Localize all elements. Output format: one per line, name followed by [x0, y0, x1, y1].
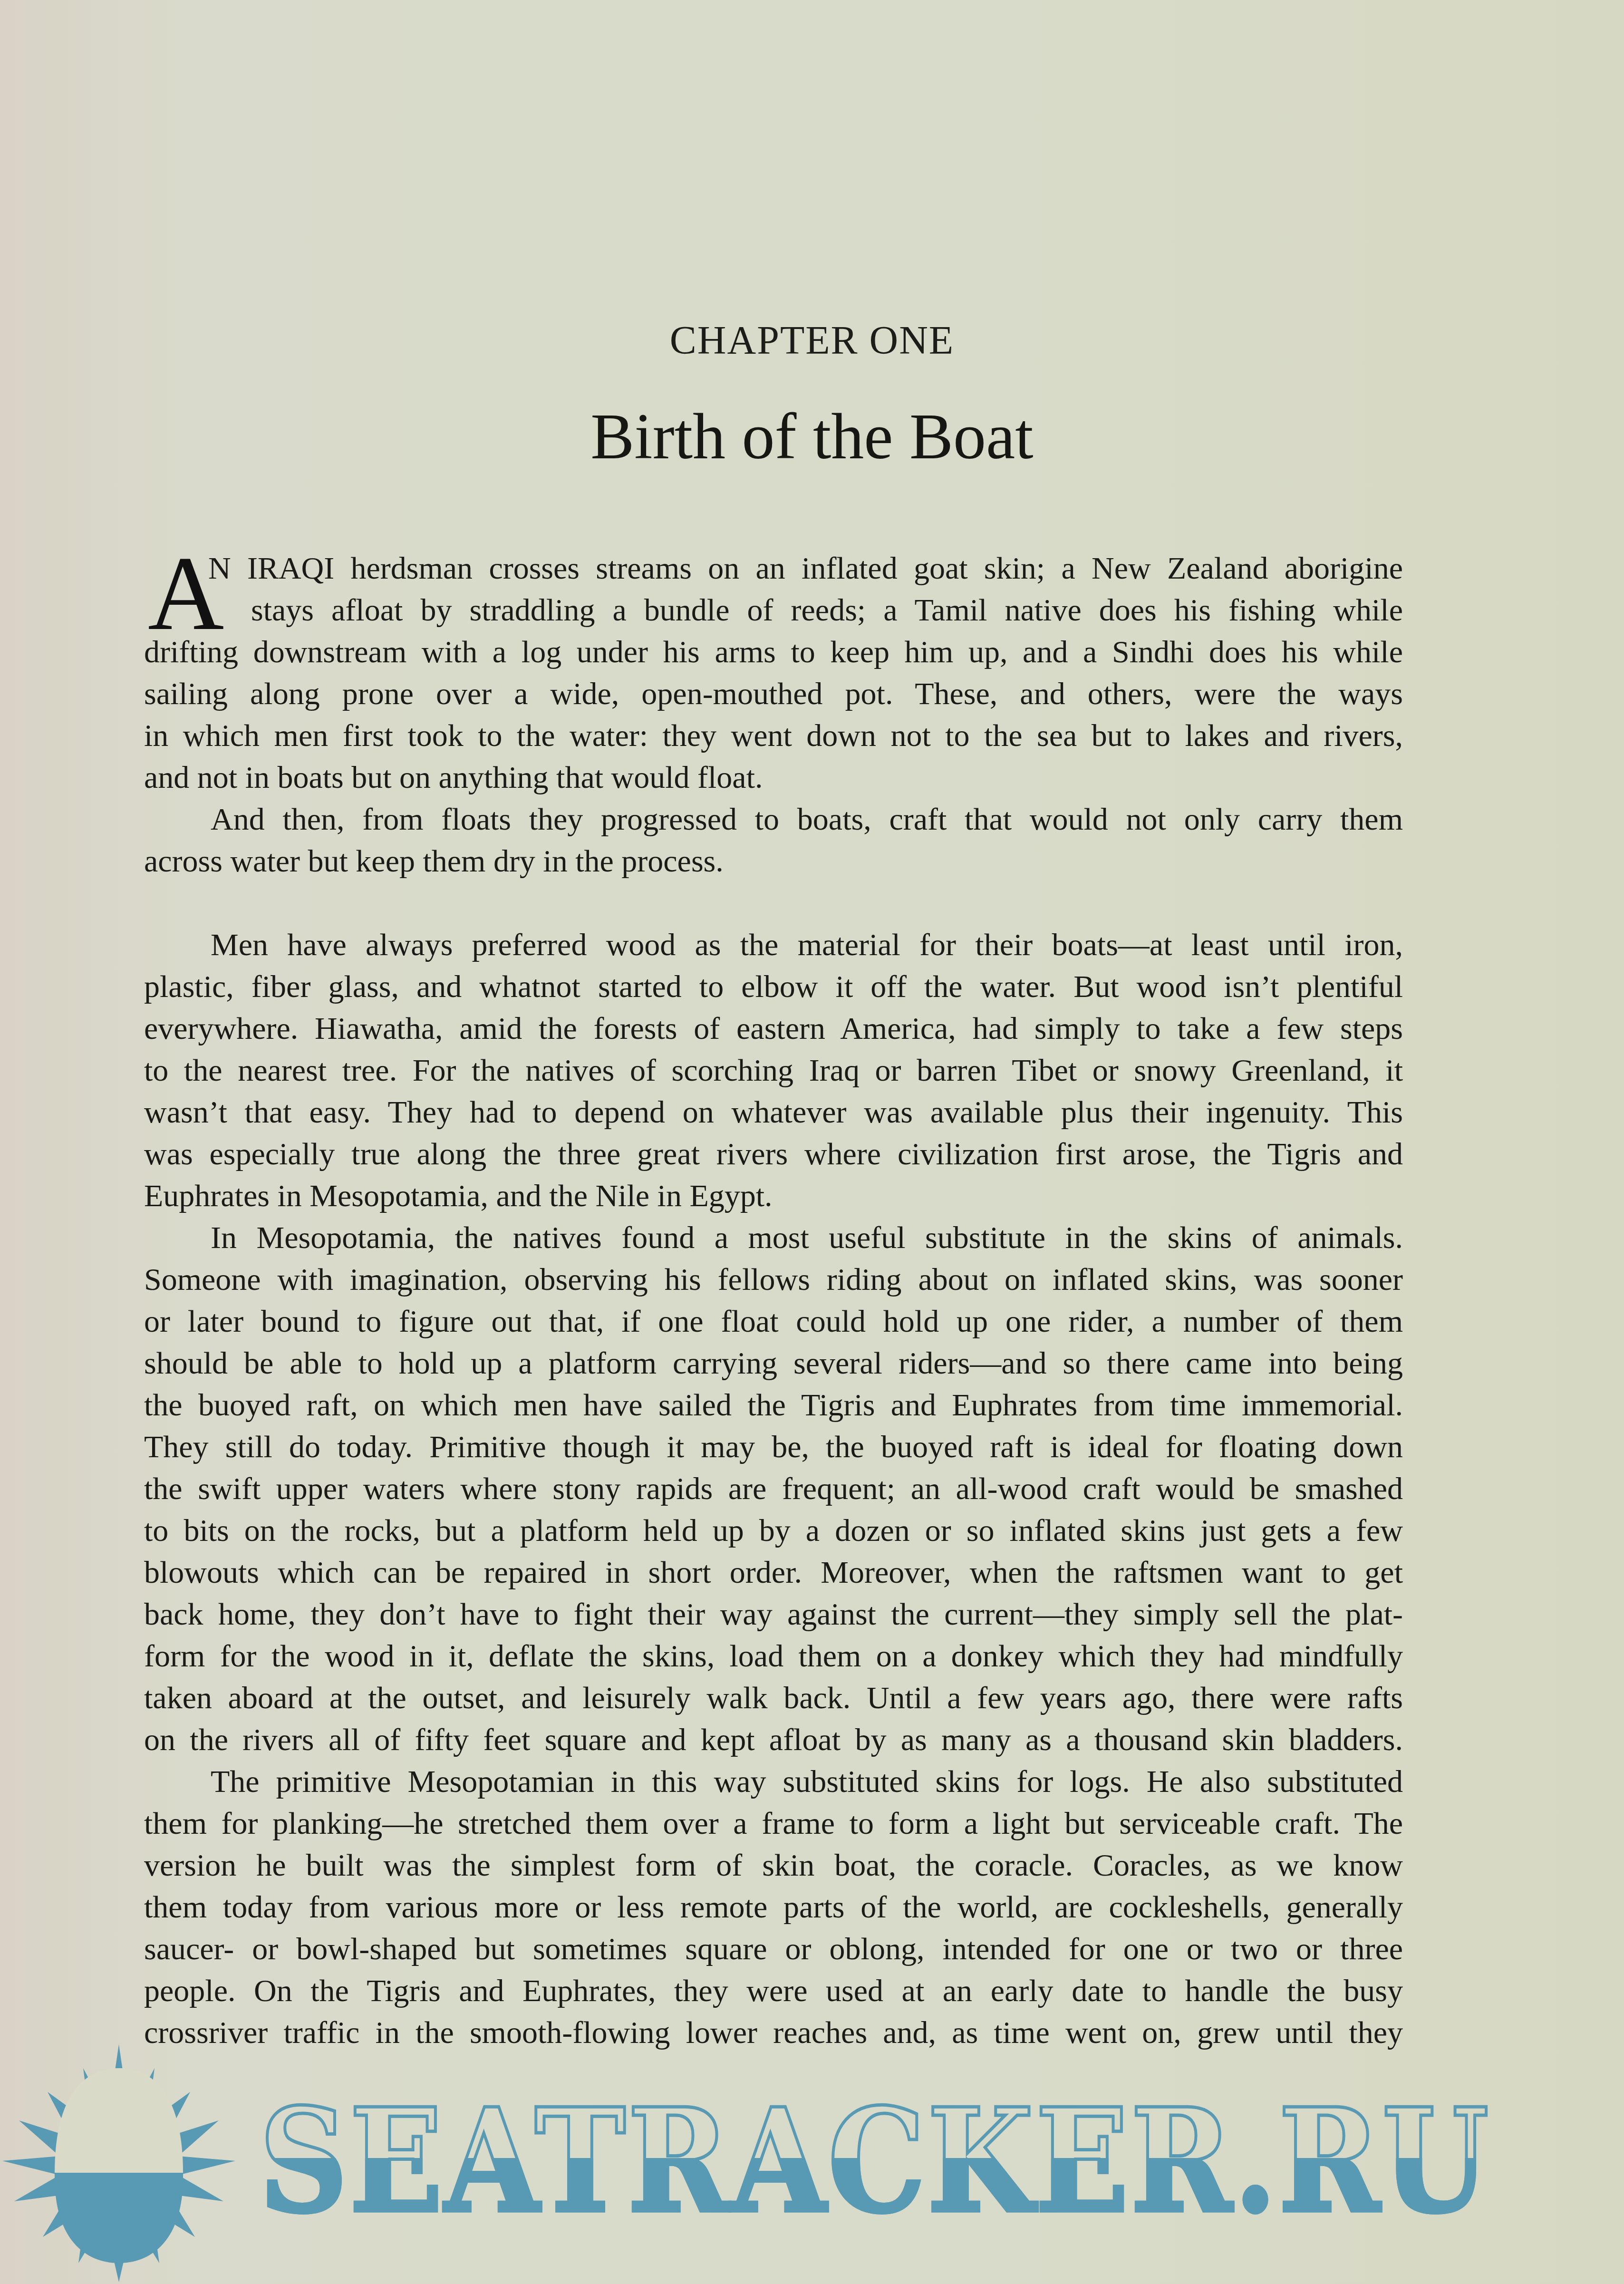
drop-cap: A	[148, 553, 224, 634]
section-break	[144, 882, 1403, 924]
text-line: to the nearest tree. For the natives of …	[144, 1050, 1403, 1092]
text-line: plastic, fiber glass, and whatnot starte…	[144, 966, 1403, 1008]
text-line: the swift upper waters where stony rapid…	[144, 1468, 1403, 1510]
paragraph: And then, from floats they progressed to…	[144, 799, 1403, 882]
text-line: And then, from floats they progressed to…	[144, 799, 1403, 841]
text-line: on the rivers all of fifty feet square a…	[144, 1719, 1403, 1761]
paragraph: Men have always preferred wood as the ma…	[144, 924, 1403, 1217]
text-line: stays afloat by straddling a bundle of r…	[144, 590, 1403, 631]
text-line: form for the wood in it, deflate the ski…	[144, 1636, 1403, 1677]
text-line: to bits on the rocks, but a platform hel…	[144, 1510, 1403, 1552]
text-line: Someone with imagination, observing his …	[144, 1259, 1403, 1301]
text-line: blowouts which can be repaired in short …	[144, 1552, 1403, 1594]
text-line: them for planking—he stretched them over…	[144, 1803, 1403, 1845]
text-line: sailing along prone over a wide, open-mo…	[144, 673, 1403, 715]
text-line: taken aboard at the outset, and leisurel…	[144, 1677, 1403, 1719]
text-line: people. On the Tigris and Euphrates, the…	[144, 1970, 1403, 2012]
text-line: was especially true along the three grea…	[144, 1133, 1403, 1175]
text-line: wasn’t that easy. They had to depend on …	[144, 1092, 1403, 1133]
text-line: should be able to hold up a platform car…	[144, 1343, 1403, 1384]
text-line: version he built was the simplest form o…	[144, 1845, 1403, 1887]
text-line: and not in boats but on anything that wo…	[144, 757, 1403, 799]
text-line: They still do today. Primitive though it…	[144, 1426, 1403, 1468]
text-line: in which men first took to the water: th…	[144, 715, 1403, 757]
text-line: The primitive Mesopotamian in this way s…	[144, 1761, 1403, 1803]
chapter-body: A N IRAQI herdsman crosses streams on an…	[144, 548, 1403, 2054]
watermark-text: SEATRACKER.RU	[259, 2094, 1490, 2227]
watermark: SEATRACKER.RU	[0, 2040, 1624, 2284]
paragraph: N IRAQI herdsman crosses streams on an i…	[144, 548, 1403, 799]
text-line: across water but keep them dry in the pr…	[144, 841, 1403, 882]
chapter-title: Birth of the Boat	[0, 398, 1624, 474]
text-line: or later bound to figure out that, if on…	[144, 1301, 1403, 1343]
text-line: Euphrates in Mesopotamia, and the Nile i…	[144, 1175, 1403, 1217]
paragraph: The primitive Mesopotamian in this way s…	[144, 1761, 1403, 2054]
chapter-label: CHAPTER ONE	[0, 318, 1624, 364]
text-line: In Mesopotamia, the natives found a most…	[144, 1217, 1403, 1259]
text-line: back home, they don’t have to fight thei…	[144, 1594, 1403, 1636]
text-line: them today from various more or less rem…	[144, 1887, 1403, 1928]
text-line: drifting downstream with a log under his…	[144, 631, 1403, 673]
sun-icon	[0, 2040, 238, 2284]
text-line: everywhere. Hiawatha, amid the forests o…	[144, 1008, 1403, 1050]
text-line: the buoyed raft, on which men have saile…	[144, 1384, 1403, 1426]
book-page: CHAPTER ONE Birth of the Boat A N IRAQI …	[0, 0, 1624, 2284]
text-line: N IRAQI herdsman crosses streams on an i…	[144, 548, 1403, 590]
paragraph: In Mesopotamia, the natives found a most…	[144, 1217, 1403, 1761]
text-line: Men have always preferred wood as the ma…	[144, 924, 1403, 966]
text-line: saucer- or bowl-shaped but sometimes squ…	[144, 1928, 1403, 1970]
